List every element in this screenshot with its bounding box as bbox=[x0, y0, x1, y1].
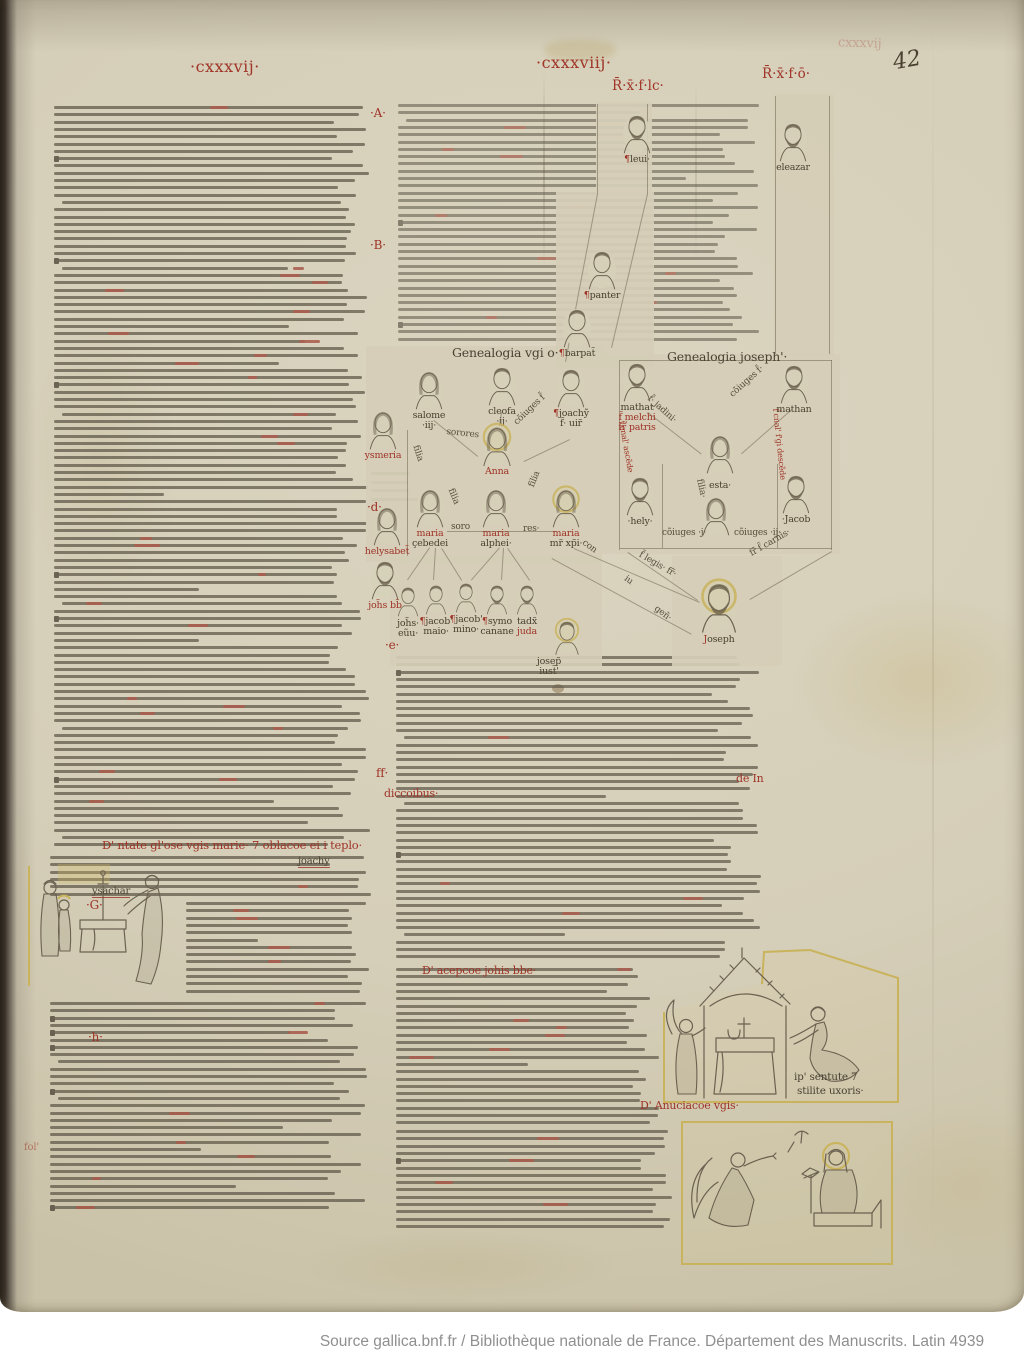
genealogy-figure-joseph bbox=[697, 576, 741, 638]
annotation-text: joachy bbox=[298, 856, 330, 868]
annotation-text: Genealogia joseph'· bbox=[667, 349, 787, 364]
text-block bbox=[396, 656, 764, 968]
salome-label: salome·iij· bbox=[394, 411, 464, 431]
joachim-label: ¶joachỹf̃· uir̃ bbox=[536, 409, 606, 429]
johannes-baptista-label: joh̃s bb̃ bbox=[350, 601, 420, 611]
illustration-joachim-offering bbox=[24, 854, 188, 1004]
maria-virgo-label: mariamr̃ xp̃i· bbox=[531, 529, 601, 549]
levi-label: ¶leui· bbox=[602, 155, 672, 165]
genealogy-figure-cleofas bbox=[485, 362, 519, 410]
rubric-text: de In bbox=[736, 772, 763, 785]
page-number: 42 bbox=[891, 46, 923, 75]
rubric-text: cxxxvij bbox=[838, 35, 882, 52]
genealogy-figure-joachim bbox=[554, 364, 588, 412]
folio-number-right-column: ·cxxxviij· bbox=[536, 53, 611, 72]
rubric-text: diccoibus· bbox=[384, 787, 438, 800]
genealogy-figure-symon bbox=[484, 580, 510, 620]
genealogy-figure-johannes-baptista bbox=[368, 556, 402, 604]
genealogy-figure-mathan bbox=[777, 360, 811, 408]
rubric-text: ff· bbox=[376, 766, 388, 780]
joseph-label: Joseph bbox=[684, 635, 754, 645]
annotation-text: Genealogia vgi o· bbox=[452, 345, 558, 360]
quire-mark-left: R̄·x̄·f·lc· bbox=[612, 78, 664, 94]
genealogy-figure-panter bbox=[585, 246, 619, 294]
eleazar-label: eleazar bbox=[758, 163, 828, 173]
annotation-text: stilite uxoris· bbox=[797, 1085, 864, 1097]
genealogy-line bbox=[829, 96, 830, 354]
genealogy-figure-judas-thaddeus bbox=[514, 580, 540, 620]
rubric-text: D' Anuciacoe vgis· bbox=[640, 1099, 739, 1112]
folio-number-left-column: ·cxxxvij· bbox=[190, 57, 260, 76]
genealogy-figure-ysmeria bbox=[366, 406, 400, 454]
genealogy-figure-maria-zebedei bbox=[413, 484, 447, 532]
illustration-annunciation bbox=[676, 1112, 898, 1272]
genealogy-line bbox=[620, 548, 832, 549]
genealogy-line bbox=[597, 104, 598, 194]
estha-label: esta· bbox=[685, 481, 755, 491]
rubric-text: D' acepcoe johis bbe· bbox=[422, 964, 536, 977]
jacob-label: ·Jacob bbox=[761, 515, 831, 525]
rubric-text: ·A· bbox=[370, 106, 386, 120]
genealogy-figure-levi bbox=[620, 110, 654, 158]
ysmeria-label: ysmeria bbox=[348, 451, 418, 461]
mathat-label: mathatf̃ melchifr̃ patris bbox=[602, 403, 672, 433]
annotation-text: ysachar bbox=[92, 886, 130, 898]
genealogy-figure-maria-alphei bbox=[479, 484, 513, 532]
mathan-label: mathan bbox=[759, 405, 829, 415]
genealogy-figure-salome bbox=[412, 366, 446, 414]
hely-label: ·hely· bbox=[605, 517, 675, 527]
manuscript-scan-page: filiasororescõiuges f̃filiafiliasorores·… bbox=[0, 0, 1024, 1366]
genealogy-figure-anna bbox=[477, 422, 517, 470]
genealogy-figure-maria-virgo bbox=[549, 484, 583, 532]
rubric-text: fol' bbox=[24, 1142, 39, 1153]
genealogy-figure-joseph-iustus bbox=[552, 616, 582, 660]
joseph-iustus-label: josep̃iust̃' bbox=[514, 657, 584, 677]
quire-mark-right: R̄·x̄·f·ō· bbox=[762, 66, 810, 82]
text-block bbox=[186, 902, 372, 1002]
rubric-text: ·B· bbox=[370, 238, 386, 252]
rubric-text: ·e· bbox=[385, 638, 399, 652]
rubric-text: ·d· bbox=[367, 500, 382, 514]
maria-alphei-label: mariaalphei· bbox=[461, 529, 531, 549]
text-block bbox=[54, 106, 372, 854]
rubric-text: D' ntate gl'ose vgis marie· 7 oblacoe ei… bbox=[102, 838, 362, 852]
annotation-text: ip' sentute 7 bbox=[794, 1071, 858, 1083]
text-block bbox=[396, 1130, 678, 1238]
parchment-crease bbox=[932, 0, 934, 1280]
genealogy-figure-jacobus-minor bbox=[453, 578, 479, 618]
genealogy-figure-barpanter bbox=[560, 304, 594, 352]
panter-label: ¶panter bbox=[567, 291, 637, 301]
illustration-angel-temple bbox=[652, 942, 904, 1110]
source-attribution-bar: Source gallica.bnf.fr / Bibliothèque nat… bbox=[0, 1318, 1024, 1366]
text-block bbox=[396, 968, 662, 1130]
source-attribution-text: Source gallica.bnf.fr / Bibliothèque nat… bbox=[320, 1333, 984, 1351]
genealogy-figure-mathat bbox=[620, 358, 654, 406]
genealogy-figure-uxor bbox=[699, 492, 733, 540]
genealogy-figure-estha bbox=[703, 424, 737, 484]
rubric-text: ·h· bbox=[88, 1030, 103, 1044]
genealogy-figure-eleazar bbox=[776, 118, 810, 166]
genealogy-figure-jacob bbox=[779, 470, 813, 518]
genealogy-figure-jacobus-maior bbox=[423, 580, 449, 620]
anna-label: Anna bbox=[462, 467, 532, 477]
maria-zebedei-label: mariaçebedei bbox=[395, 529, 465, 549]
rubric-text: ·G· bbox=[86, 898, 103, 912]
genealogy-figure-hely bbox=[623, 472, 657, 520]
